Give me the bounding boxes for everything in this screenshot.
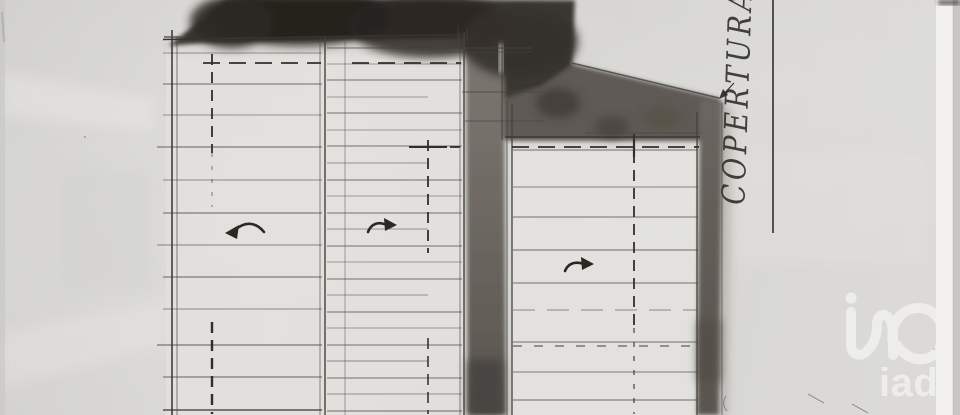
iad-watermark: iad xyxy=(846,293,944,406)
iad-logo-text: iad xyxy=(879,361,938,405)
paper-texture xyxy=(0,72,930,388)
scanned-roof-plan-page: iad COPERTURA xyxy=(0,0,960,415)
copertura-label: COPERTURA xyxy=(716,0,766,205)
iad-logo-icon xyxy=(846,293,944,360)
roof-plan-drawing: iad xyxy=(0,0,960,415)
